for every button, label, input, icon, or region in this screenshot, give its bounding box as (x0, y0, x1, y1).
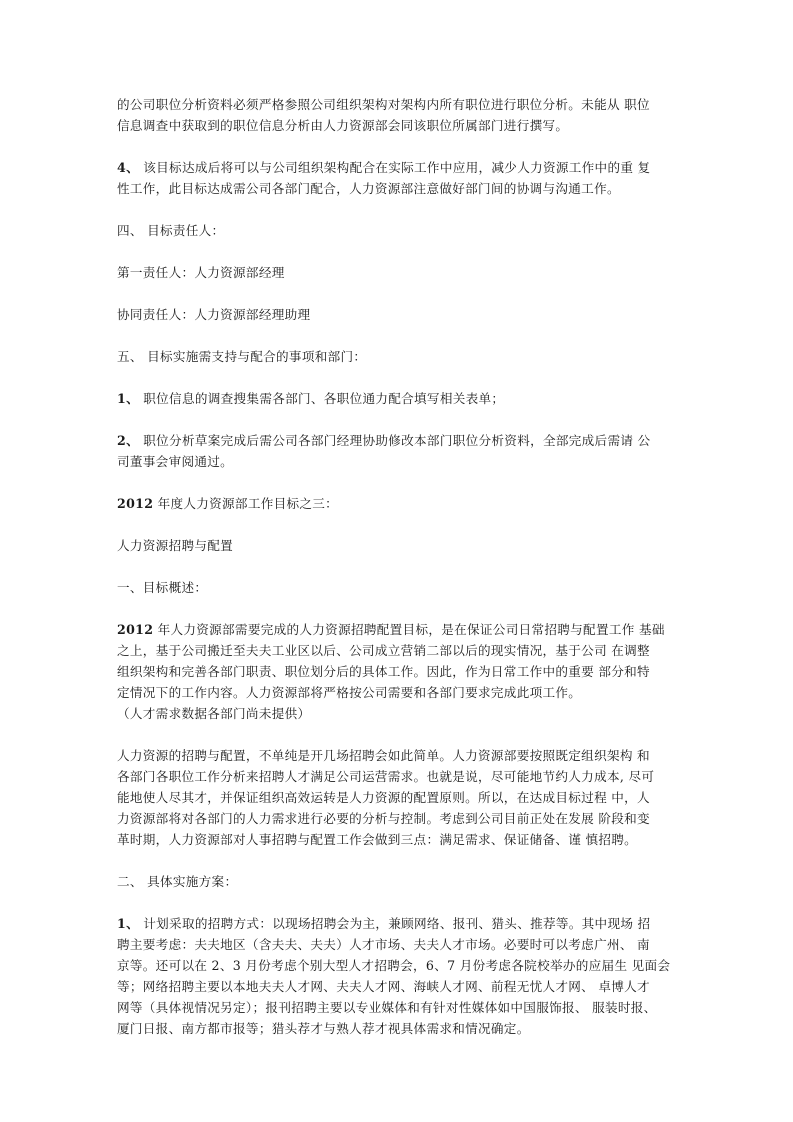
text-line: 人力资源招聘与配置 (117, 538, 233, 553)
text-line: 定情况下的工作内容。人力资源部将严格按公司需要和各部门要求完成此项工作。 (117, 685, 581, 700)
text-line: 力资源部将对各部门的人力需求进行必要的分析与控制。考虑到公司目前正处在发展 阶段… (117, 811, 650, 826)
paragraph-support-item-2: 2、 职位分析草案完成后需公司各部门经理协助修改本部门职位分析资料，全部完成后需… (117, 430, 683, 472)
section-heading-support-items: 五、 目标实施需支持与配合的事项和部门： (117, 346, 683, 367)
paragraph-support-item-1: 1、 职位信息的调查搜集需各部门、各职位通力配合填写相关表单； (117, 388, 683, 409)
paragraph-recruitment-principles: 人力资源的招聘与配置，不单纯是开几场招聘会如此简单。人力资源部要按照既定组织架构… (117, 745, 683, 850)
text-line: 各部门各职位工作分析来招聘人才满足公司运营需求。也就是说，尽可能地节约人力成本,… (117, 769, 654, 784)
paragraph-item-4: 4、 该目标达成后将可以与公司组织架构配合在实际工作中应用，减少人力资源工作中的… (117, 157, 683, 199)
document-page: 的公司职位分析资料必须严格参照公司组织架构对架构内所有职位进行职位分析。未能从 … (117, 94, 683, 1039)
paragraph-first-responsible: 第一责任人：人力资源部经理 (117, 262, 683, 283)
item-number: 4、 (117, 160, 139, 175)
text-line: （人才需求数据各部门尚未提供） (117, 706, 310, 721)
item-number: 1、 (117, 916, 139, 931)
text-line: 京等。还可以在 2、3 月份考虑个别大型人才招聘会，6、7 月份考虑各院校举办的… (117, 958, 670, 973)
text-line: 年度人力资源部工作目标之三： (153, 496, 338, 511)
text-line: 计划采取的招聘方式：以现场招聘会为主，兼顾网络、报刊、猎头、推荐等。其中现场 招 (139, 916, 650, 931)
section-heading-goal-overview: 一、目标概述： (117, 577, 683, 598)
text-line: 厦门日报、南方都市报等；猎头荐才与熟人荐才视具体需求和情况确定。 (117, 1021, 530, 1036)
text-line: 能地使人尽其才，并保证组织高效运转是人力资源的配置原则。所以，在达成目标过程 中… (117, 790, 650, 805)
text-line: 网等（具体视情况另定）；报刊招聘主要以专业媒体和有针对性媒体如中国服饰报、 服装… (117, 1000, 657, 1015)
text-line: 司董事会审阅通过。 (117, 454, 233, 469)
section-heading-implementation: 二、 具体实施方案： (117, 871, 683, 892)
text-line: 信息调查中获取到的职位信息分析由人力资源部会同该职位所属部门进行撰写。 (117, 118, 568, 133)
text-line: 四、 目标责任人： (117, 223, 224, 238)
text-line: 协同责任人：人力资源部经理助理 (117, 307, 310, 322)
text-line: 性工作，此目标达成需公司各部门配合，人力资源部注意做好部门间的协调与沟通工作。 (117, 181, 620, 196)
text-line: 革时期，人力资源部对人事招聘与配置工作会做到三点：满足需求、保证储备、谨 慎招聘… (117, 832, 637, 847)
year-number: 2012 (117, 496, 153, 511)
text-line: 二、 具体实施方案： (117, 874, 237, 889)
text-line: 之上，基于公司搬迁至夫夫工业区以后、公司成立营销二部以后的现实情况，基于公司 在… (117, 643, 650, 658)
paragraph-goal-overview: 2012 年人力资源部需要完成的人力资源招聘配置目标，是在保证公司日常招聘与配置… (117, 619, 683, 724)
text-line: 职位分析草案完成后需公司各部门经理协助修改本部门职位分析资料，全部完成后需请 公 (139, 433, 650, 448)
item-number: 2、 (117, 433, 139, 448)
paragraph-recruitment-methods: 1、 计划采取的招聘方式：以现场招聘会为主，兼顾网络、报刊、猎头、推荐等。其中现… (117, 913, 683, 1039)
paragraph-co-responsible: 协同责任人：人力资源部经理助理 (117, 304, 683, 325)
text-line: 等；网络招聘主要以本地夫夫人才网、夫夫人才网、海峡人才网、前程无忧人才网、 卓博… (117, 979, 650, 994)
text-line: 五、 目标实施需支持与配合的事项和部门： (117, 349, 366, 364)
paragraph-job-analysis-continued: 的公司职位分析资料必须严格参照公司组织架构对架构内所有职位进行职位分析。未能从 … (117, 94, 683, 136)
text-line: 的公司职位分析资料必须严格参照公司组织架构对架构内所有职位进行职位分析。未能从 … (117, 97, 650, 112)
text-line: 该目标达成后将可以与公司组织架构配合在实际工作中应用，减少人力资源工作中的重 复 (139, 160, 650, 175)
section-heading-responsible-person: 四、 目标责任人： (117, 220, 683, 241)
item-number: 1、 (117, 391, 139, 406)
goal-title-2012-three: 2012 年度人力资源部工作目标之三： (117, 493, 683, 514)
text-line: 人力资源的招聘与配置，不单纯是开几场招聘会如此简单。人力资源部要按照既定组织架构… (117, 748, 650, 763)
text-line: 职位信息的调查搜集需各部门、各职位通力配合填写相关表单； (139, 391, 504, 406)
text-line: 第一责任人：人力资源部经理 (117, 265, 285, 280)
text-line: 聘主要考虑：夫夫地区（含夫夫、夫夫）人才市场、夫夫人才市场。必要时可以考虑广州、… (117, 937, 650, 952)
text-line: 年人力资源部需要完成的人力资源招聘配置目标，是在保证公司日常招聘与配置工作 基础 (153, 622, 664, 637)
text-line: 组织架构和完善各部门职责、职位划分后的具体工作。因此，作为日常工作中的重要 部分… (117, 664, 650, 679)
goal-subtitle-recruitment: 人力资源招聘与配置 (117, 535, 683, 556)
text-line: 一、目标概述： (117, 580, 207, 595)
year-number: 2012 (117, 622, 153, 637)
